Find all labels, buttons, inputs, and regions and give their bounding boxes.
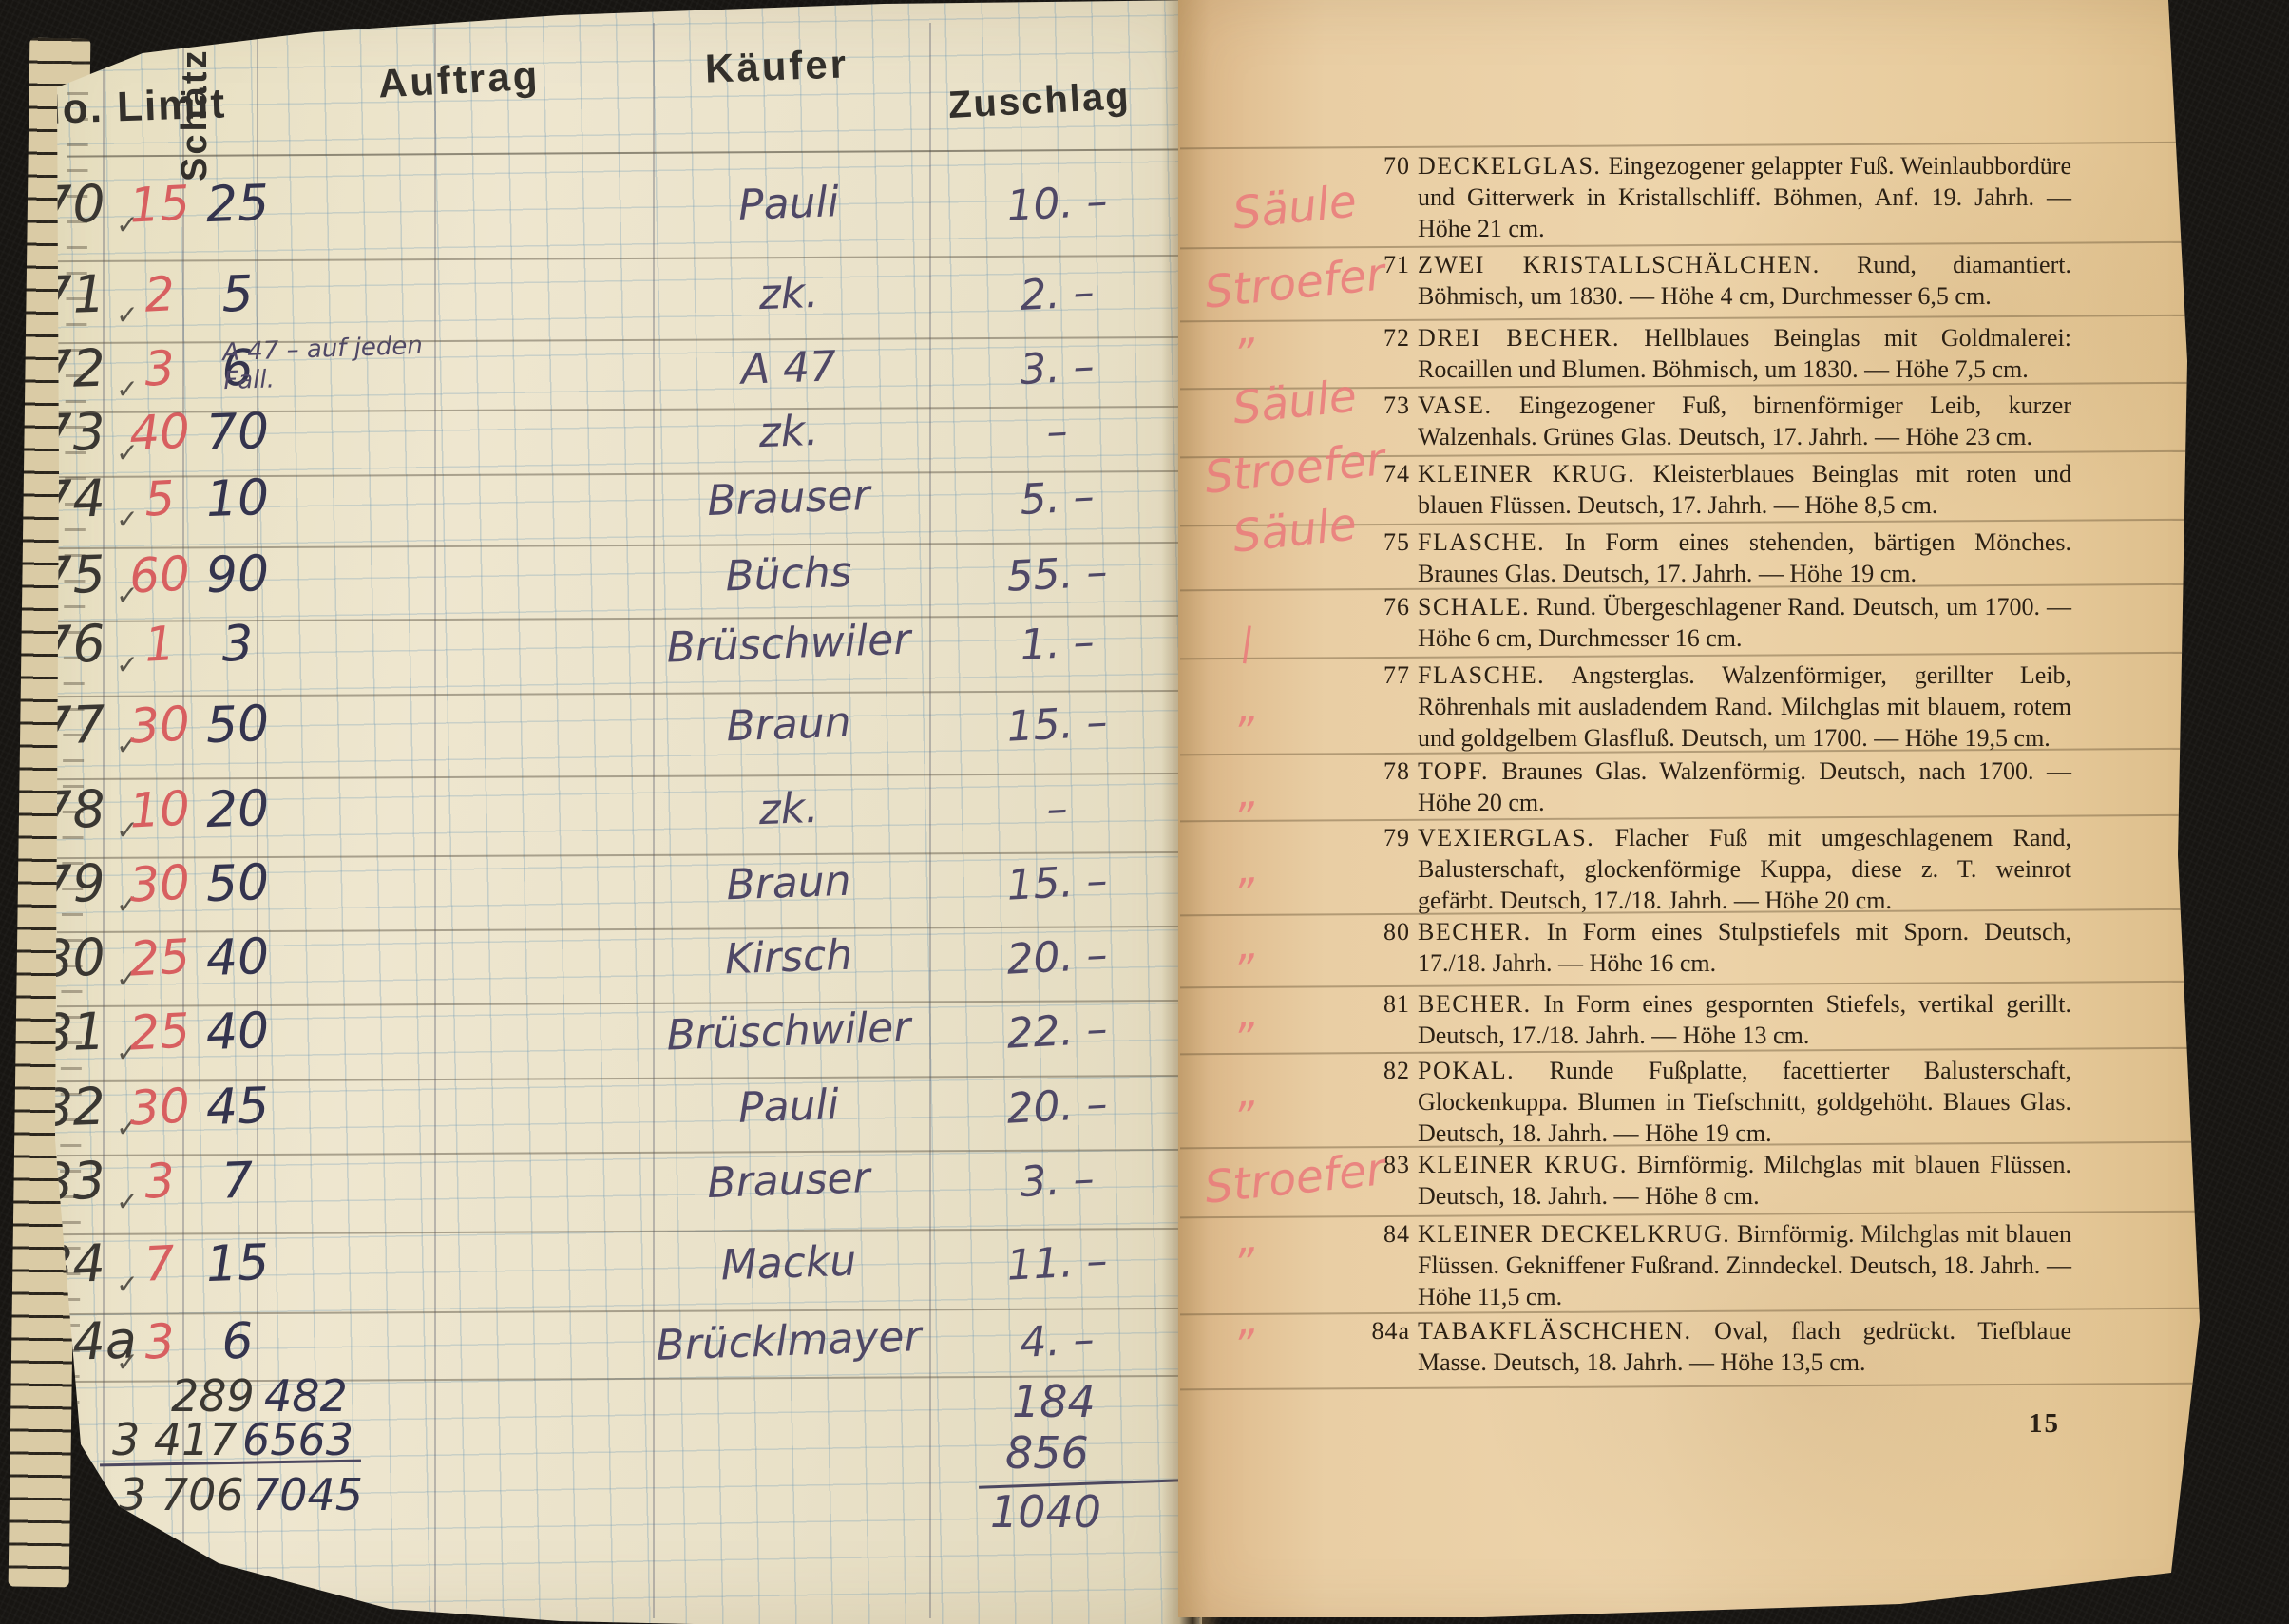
entry-body: Braunes Glas. Walzenförmig. Deutsch, nac… [1418, 757, 2071, 816]
total-limit-2: 3 706 [119, 1469, 244, 1520]
ledger-page: No. Limit Schätz Auftrag Käufer Zuschlag… [29, 0, 1202, 1624]
entry-title: TABAKFLÄSCHCHEN. [1418, 1317, 1691, 1345]
entry-title: DECKELGLAS. [1418, 152, 1601, 180]
catalog-entry-77: 77FLASCHE. Angsterglas. Walzenförmiger, … [1418, 659, 2071, 754]
entry-separator [1180, 1383, 2211, 1391]
gutter-annotation-1: Stroefer [1181, 246, 1408, 321]
column-header-auftrag: Auftrag [377, 53, 542, 107]
auction-catalog-photo: No. Limit Schätz Auftrag Käufer Zuschlag… [0, 0, 2289, 1624]
buyer-name: Brauser [598, 454, 981, 544]
catalog-entry-73: 73VASE. Eingezogener Fuß, birnenförmiger… [1418, 390, 2071, 452]
column-header-kaeufer: Käufer [704, 41, 849, 91]
entry-number: 78 [1363, 755, 1410, 787]
hammer-price: – [953, 766, 1161, 852]
total-schaetz-2: 7045 [252, 1469, 363, 1520]
estimate-value: 20 [180, 770, 296, 850]
entry-separator [1180, 142, 2211, 150]
total-zuschlag-1: 856 [1005, 1427, 1089, 1479]
estimate-value: 25 [180, 164, 296, 244]
hammer-price: 15. – [953, 681, 1161, 768]
catalog-page: 70DECKELGLAS. Eingezogener gelappter Fuß… [1178, 0, 2233, 1624]
ledger-row-84a: 84a✓36Brücklmayer4. – [29, 1304, 1202, 1380]
catalog-entry-76: 76SCHALE. Rund. Übergeschlagener Rand. D… [1418, 591, 2071, 654]
total-schaetz-1: 6563 [242, 1414, 353, 1465]
entry-title: VASE. [1418, 392, 1493, 419]
gutter-annotation-9: „ [1235, 844, 1260, 893]
total-zuschlag-0: 184 [1012, 1376, 1096, 1427]
entry-title: FLASCHE. [1418, 528, 1545, 556]
entry-body: Runde Fußplatte, facettierter Balustersc… [1418, 1057, 2071, 1147]
entry-title: BECHER. [1418, 918, 1532, 946]
total-limit-1: 3 417 [112, 1414, 238, 1465]
buyer-name: Macku [598, 1219, 981, 1309]
ledger-row-78: 78✓1020zk.– [29, 772, 1202, 848]
page-number: 15 [2029, 1408, 2060, 1440]
entry-number: 76 [1363, 591, 1410, 622]
ledger-row-77: 77✓3050Braun15. – [29, 687, 1202, 763]
estimate-value: 3 [180, 604, 296, 684]
gutter-annotation-7: „ [1235, 682, 1260, 732]
entry-title: ZWEI KRISTALLSCHÄLCHEN. [1418, 251, 1821, 278]
gutter-annotation-12: „ [1235, 1067, 1260, 1117]
gutter-annotation-2: „ [1235, 304, 1260, 353]
hammer-price: 11. – [953, 1220, 1161, 1307]
entry-number: 84 [1363, 1218, 1410, 1250]
hammer-price: 5. – [953, 455, 1161, 542]
entry-title: KLEINER KRUG. [1418, 1151, 1628, 1178]
gutter-annotation-13: Stroefer [1181, 1141, 1408, 1216]
entry-title: SCHALE. [1418, 593, 1530, 621]
hammer-price: 10. – [953, 161, 1161, 247]
estimate-value: 10 [180, 459, 296, 539]
catalog-entry-82: 82POKAL. Runde Fußplatte, facettierter B… [1418, 1055, 2071, 1149]
entry-number: 79 [1363, 822, 1410, 853]
gutter-annotation-3: Säule [1181, 365, 1408, 440]
estimate-value: 50 [180, 685, 296, 765]
entry-number: 81 [1363, 988, 1410, 1020]
entry-title: FLASCHE. [1418, 661, 1545, 689]
entry-body: Eingezogener Fuß, birnenförmiger Leib, k… [1418, 392, 2071, 450]
catalog-entry-70: 70DECKELGLAS. Eingezogener gelappter Fuß… [1418, 150, 2071, 244]
entry-number: 77 [1363, 659, 1410, 691]
hammer-price: 1. – [953, 601, 1161, 687]
catalog-entry-79: 79VEXIERGLAS. Flacher Fuß mit umgeschlag… [1418, 822, 2071, 916]
estimate-value: 15 [180, 1224, 296, 1304]
gutter-annotation-14: „ [1235, 1213, 1260, 1263]
estimate-value: 5 [180, 255, 296, 334]
entry-title: VEXIERGLAS. [1418, 824, 1594, 851]
entry-title: DREI BECHER. [1418, 324, 1620, 352]
catalog-entry-84a: 84aTABAKFLÄSCHCHEN. Oval, flach gedrückt… [1418, 1315, 2071, 1378]
catalog-entry-80: 80BECHER. In Form eines Stulpstiefels mi… [1418, 916, 2071, 979]
entry-title: POKAL. [1418, 1057, 1515, 1084]
catalog-entry-71: 71ZWEI KRISTALLSCHÄLCHEN. Rund, diamanti… [1418, 249, 2071, 312]
catalog-entry-75: 75FLASCHE. In Form eines stehenden, bärt… [1418, 526, 2071, 589]
catalog-entry-84: 84KLEINER DECKELKRUG. Birnförmig. Milchg… [1418, 1218, 2071, 1312]
ledger-row-70: 70✓1525Pauli10. – [29, 166, 1202, 242]
ledger-row-84: 84✓715Macku11. – [29, 1226, 1202, 1302]
gutter-annotation-0: Säule [1181, 170, 1408, 245]
entry-title: TOPF. [1418, 757, 1489, 785]
catalog-entry-74: 74KLEINER KRUG. Kleisterblaues Beinglas … [1418, 458, 2071, 521]
gutter-annotation-15: „ [1235, 1295, 1260, 1345]
entry-title: KLEINER KRUG. [1418, 460, 1635, 487]
catalog-entry-83: 83KLEINER KRUG. Birnförmig. Milchglas mi… [1418, 1149, 2071, 1212]
buyer-name: Pauli [598, 160, 981, 249]
hammer-price: 4. – [953, 1298, 1161, 1385]
entry-number: 84a [1363, 1315, 1410, 1347]
catalog-entry-78: 78TOPF. Braunes Glas. Walzenförmig. Deut… [1418, 755, 2071, 818]
total-zuschlag-2: 1040 [990, 1486, 1101, 1538]
entry-number: 72 [1363, 322, 1410, 353]
catalog-entry-81: 81BECHER. In Form eines gespornten Stief… [1418, 988, 2071, 1051]
entry-number: 80 [1363, 916, 1410, 947]
entry-title: BECHER. [1418, 990, 1532, 1018]
gutter-annotation-11: „ [1235, 988, 1260, 1038]
entry-title: KLEINER DECKELKRUG. [1418, 1220, 1730, 1248]
ledger-row-71: 71✓25zk.2. – [29, 257, 1202, 333]
catalog-entry-72: 72DREI BECHER. Hellblaues Beinglas mit G… [1418, 322, 2071, 385]
entry-number: 82 [1363, 1055, 1410, 1086]
gutter-annotation-8: „ [1235, 768, 1260, 817]
buyer-name: Brüschwiler [598, 600, 981, 689]
hammer-price: 2. – [953, 251, 1161, 337]
gutter-annotation-10: „ [1235, 920, 1260, 969]
